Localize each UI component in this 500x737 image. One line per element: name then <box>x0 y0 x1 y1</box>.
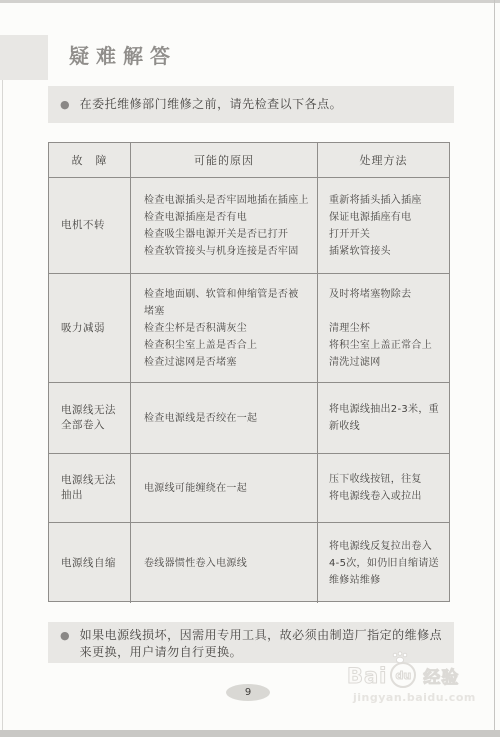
watermark-url: jingyan.baidu.com <box>353 691 477 704</box>
causes-cell: 电源线可能缠绕在一起 <box>131 454 318 523</box>
notice-text: 在委托维修部门维修之前，请先检查以下各点。 <box>80 96 343 113</box>
baidu-jingyan-watermark: Bai du 经验 jingyan.baidu.com <box>347 662 477 704</box>
causes-cell: 检查地面刷、软管和伸缩管是否被 堵塞 检查尘杯是否积满灰尘 检查积尘室上盖是否合… <box>131 274 318 383</box>
section-tab <box>0 35 48 80</box>
header-cell-remedies: 处理方法 <box>318 143 449 178</box>
page-number-badge: 9 <box>226 684 270 701</box>
manual-page: 疑难解答 ● 在委托维修部门维修之前，请先检查以下各点。 故 障 可能的原因 处… <box>0 0 500 737</box>
notice-bar: ● 在委托维修部门维修之前，请先检查以下各点。 <box>48 86 454 123</box>
warning-text: 如果电源线损坏，因需用专用工具，故必须由制造厂指定的维修点来更换，用户请勿自行更… <box>80 627 444 661</box>
page-right-edge <box>494 0 495 737</box>
page-title: 疑难解答 <box>69 40 177 69</box>
baidu-logo-text-du: du <box>390 662 416 688</box>
fault-cell: 电源线无法 全部卷入 <box>49 383 131 454</box>
baidu-logo: Bai du 经验 <box>347 662 477 688</box>
header-cell-fault: 故 障 <box>49 143 131 178</box>
fault-cell: 电源线无法 抽出 <box>49 454 131 523</box>
jingyan-logo-text: 经验 <box>423 663 459 688</box>
remedies-cell: 将电源线抽出2-3米，重 新收线 <box>318 383 449 454</box>
troubleshooting-table: 故 障 可能的原因 处理方法 电机不转 检查电源插头是否牢固地插在插座上 检查电… <box>48 142 450 602</box>
causes-cell: 检查电源插头是否牢固地插在插座上 检查电源插座是否有电 检查吸尘器电源开关是否已… <box>131 178 318 274</box>
page-left-edge <box>2 35 3 731</box>
bullet-icon: ● <box>60 627 70 644</box>
baidu-logo-text-bai: Bai <box>347 664 387 688</box>
fault-cell: 吸力减弱 <box>49 274 131 383</box>
causes-cell: 卷线器惯性卷入电源线 <box>131 523 318 603</box>
bullet-icon: ● <box>60 96 70 113</box>
page-top-edge <box>0 0 500 3</box>
header-cell-causes: 可能的原因 <box>131 143 318 178</box>
remedies-cell: 将电源线反复拉出卷入 4-5次，如仍旧自缩请送 维修站维修 <box>318 523 449 603</box>
page-bottom-edge <box>0 730 500 737</box>
paw-icon <box>391 651 411 664</box>
fault-cell: 电源线自缩 <box>49 523 131 603</box>
baidu-logo-circle-wrap: du <box>390 662 416 688</box>
fault-cell: 电机不转 <box>49 178 131 274</box>
causes-cell: 检查电源线是否绞在一起 <box>131 383 318 454</box>
remedies-cell: 及时将堵塞物除去 清理尘杯 将积尘室上盖正常合上 清洗过滤网 <box>318 274 449 383</box>
remedies-cell: 压下收线按钮，往复 将电源线卷入或拉出 <box>318 454 449 523</box>
remedies-cell: 重新将插头插入插座 保证电源插座有电 打开开关 插紧软管接头 <box>318 178 449 274</box>
